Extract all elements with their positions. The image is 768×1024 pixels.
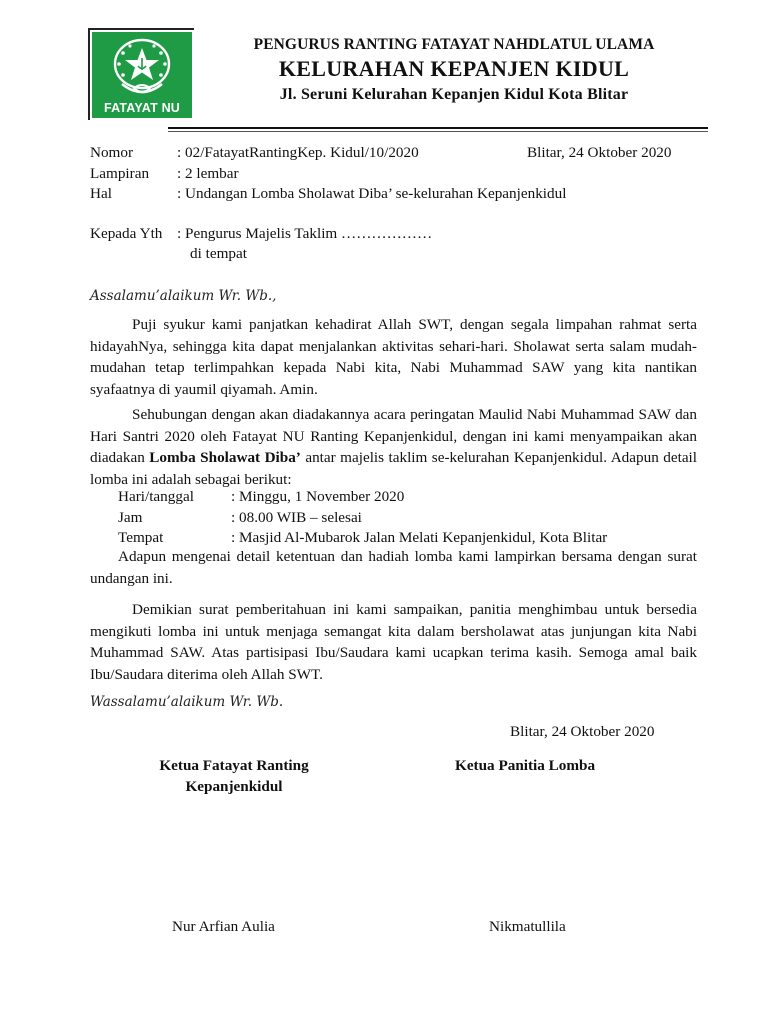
kelurahan-title: KELURAHAN KEPANJEN KIDUL xyxy=(200,56,708,82)
logo-text: FATAYAT NU xyxy=(92,101,192,115)
signature-date: Blitar, 24 Oktober 2020 xyxy=(510,721,655,743)
left-signatory-title-2: Kepanjenkidul xyxy=(120,776,348,798)
di-tempat: di tempat xyxy=(190,243,247,265)
paragraph-closing: Demikian surat pemberitahuan ini kami sa… xyxy=(90,599,697,685)
detail-time-value: : 08.00 WIB – selesai xyxy=(231,507,362,529)
paragraph-attachment-text: Adapun mengenai detail ketentuan dan had… xyxy=(90,548,697,587)
kepada-label: Kepada Yth xyxy=(90,223,162,245)
organization-name: PENGURUS RANTING FATAYAT NAHDLATUL ULAMA xyxy=(200,36,708,54)
letterhead-divider-thin xyxy=(168,131,708,132)
left-signatory-title-1: Ketua Fatayat Ranting xyxy=(120,755,348,777)
logo-background: FATAYAT NU xyxy=(92,32,192,118)
star-emblem-icon xyxy=(108,36,176,102)
paragraph-opening: Puji syukur kami panjatkan kehadirat All… xyxy=(90,314,697,400)
address-line: Jl. Seruni Kelurahan Kepanjen Kidul Kota… xyxy=(200,86,708,104)
opening-greeting: Assalamu’alaikum Wr. Wb., xyxy=(90,285,276,307)
left-signatory-name: Nur Arfian Aulia xyxy=(172,916,275,938)
paragraph-closing-text: Demikian surat pemberitahuan ini kami sa… xyxy=(90,601,697,683)
right-signatory-title: Ketua Panitia Lomba xyxy=(455,755,595,777)
closing-greeting: Wassalamu’alaikum Wr. Wb. xyxy=(90,691,283,713)
letterhead-divider-thick xyxy=(168,127,708,129)
paragraph-attachment: Adapun mengenai detail ketentuan dan had… xyxy=(90,546,697,589)
lampiran-value: : 2 lembar xyxy=(177,163,239,185)
hal-label: Hal xyxy=(90,183,112,205)
paragraph-announcement: Sehubungan dengan akan diadakannya acara… xyxy=(90,404,697,490)
nomor-value: : 02/FatayatRantingKep. Kidul/10/2020 xyxy=(177,142,419,164)
right-signatory-name: Nikmatullila xyxy=(489,916,566,938)
lampiran-label: Lampiran xyxy=(90,163,149,185)
detail-date-label: Hari/tanggal xyxy=(118,486,194,508)
detail-date-value: : Minggu, 1 November 2020 xyxy=(231,486,404,508)
nomor-label: Nomor xyxy=(90,142,133,164)
event-name-bold: Lomba Sholawat Diba’ xyxy=(149,449,301,466)
paragraph-opening-text: Puji syukur kami panjatkan kehadirat All… xyxy=(90,316,697,398)
hal-value: : Undangan Lomba Sholawat Diba’ se-kelur… xyxy=(177,183,566,205)
kepada-value: : Pengurus Majelis Taklim ……………… xyxy=(177,223,432,245)
fatayat-nu-logo: FATAYAT NU xyxy=(88,28,196,120)
letter-date: Blitar, 24 Oktober 2020 xyxy=(527,142,672,164)
detail-time-label: Jam xyxy=(118,507,142,529)
